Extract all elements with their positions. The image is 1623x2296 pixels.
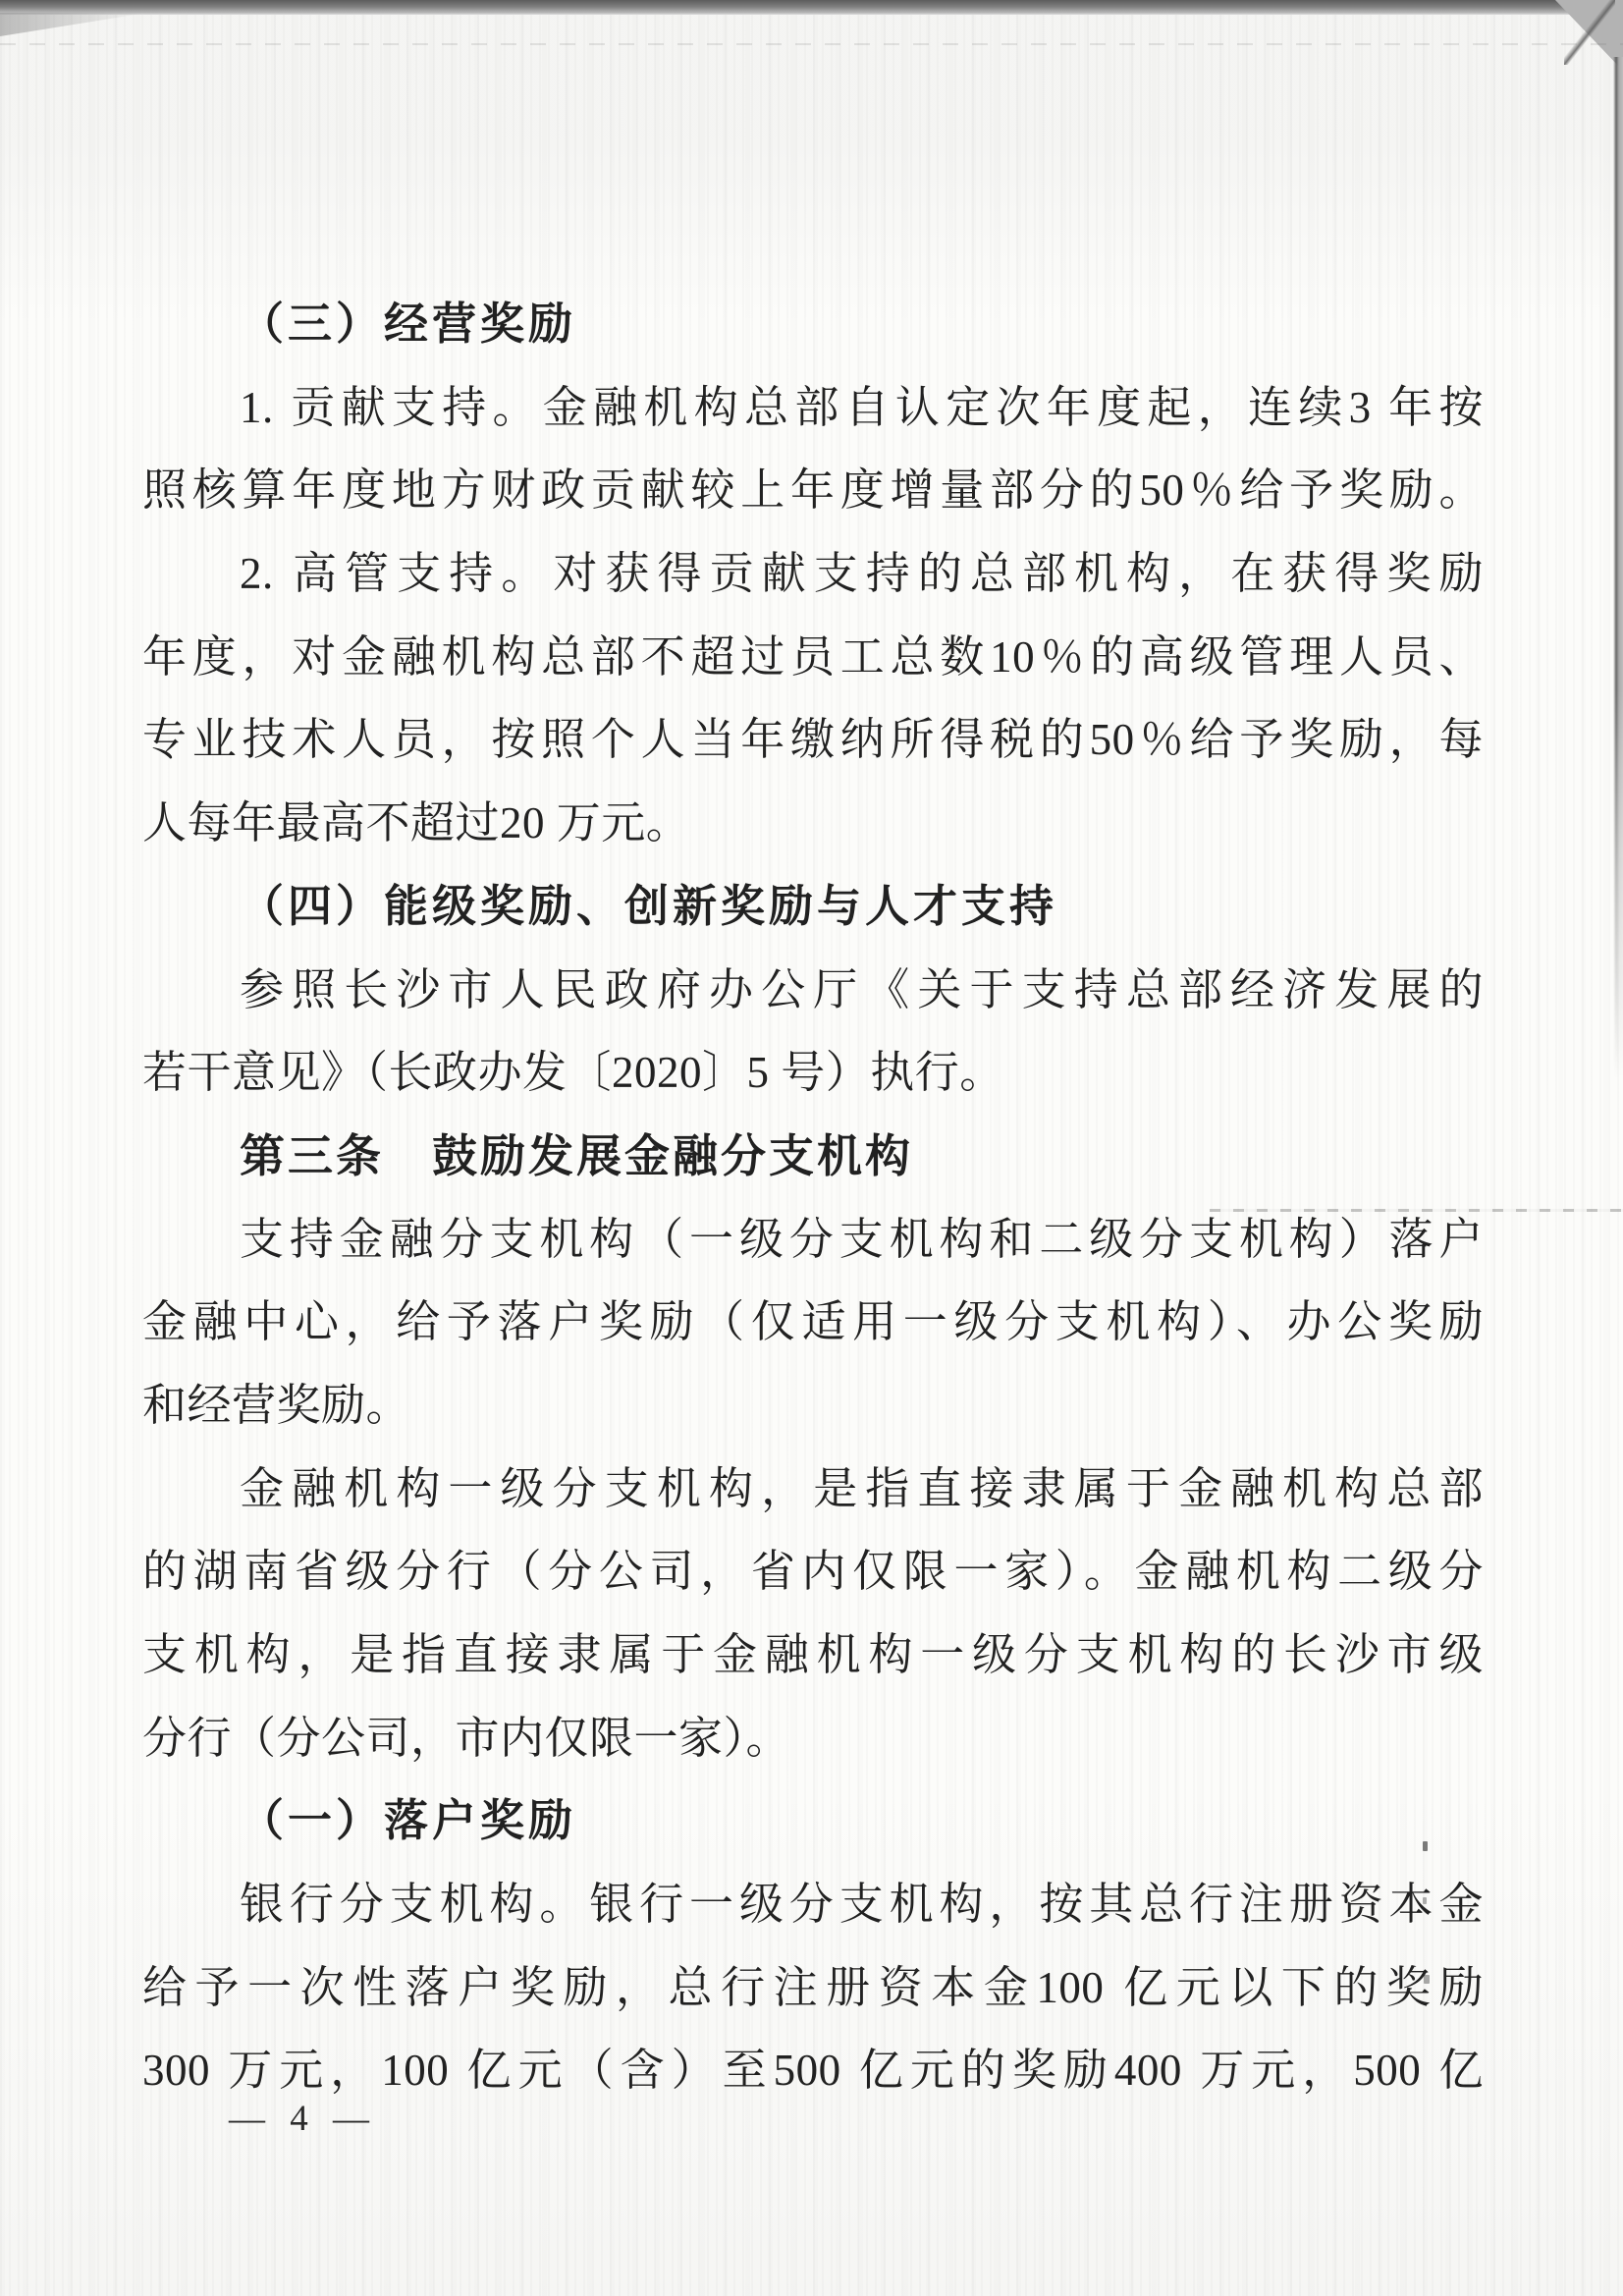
document-line: 给予一次性落户奖励，总行注册资本金100 亿元以下的奖励 xyxy=(142,1946,1484,2030)
document-line: 若干意见》（长政办发〔2020〕5 号）执行。 xyxy=(142,1031,1484,1115)
document-line: 年度，对金融机构总部不超过员工总数10％的高级管理人员、 xyxy=(142,616,1484,699)
article-3-heading: 第三条 鼓励发展金融分支机构 xyxy=(142,1115,1484,1198)
scanned-document-page: （三）经营奖励 1. 贡献支持。金融机构总部自认定次年度起，连续3 年按 照核算… xyxy=(0,0,1623,2296)
scan-artifact-line-top xyxy=(0,43,1623,45)
document-line: 金融中心，给予落户奖励（仅适用一级分支机构）、办公奖励 xyxy=(142,1281,1484,1364)
document-line: 支机构，是指直接隶属于金融机构一级分支机构的长沙市级 xyxy=(142,1613,1484,1697)
document-line: 人每年最高不超过20 万元。 xyxy=(142,782,1484,865)
document-line: 2. 高管支持。对获得贡献支持的总部机构，在获得奖励 xyxy=(142,532,1484,616)
scanner-top-edge-left-wedge xyxy=(0,13,147,36)
document-line: 的湖南省级分行（分公司，省内仅限一家）。金融机构二级分 xyxy=(142,1530,1484,1613)
document-body: （三）经营奖励 1. 贡献支持。金融机构总部自认定次年度起，连续3 年按 照核算… xyxy=(142,283,1484,2112)
document-line: 金融机构一级分支机构，是指直接隶属于金融机构总部 xyxy=(142,1448,1484,1531)
subheading-settlement-reward: （一）落户奖励 xyxy=(142,1779,1484,1863)
document-line: 1. 贡献支持。金融机构总部自认定次年度起，连续3 年按 xyxy=(142,366,1484,450)
paper-right-edge-shadow xyxy=(1613,57,1623,1078)
document-line: 支持金融分支机构（一级分支机构和二级分支机构）落户 xyxy=(142,1198,1484,1282)
document-line: 参照长沙市人民政府办公厅《关于支持总部经济发展的 xyxy=(142,949,1484,1032)
document-line: 分行（分公司，市内仅限一家）。 xyxy=(142,1697,1484,1780)
subheading-operating-reward: （三）经营奖励 xyxy=(142,283,1484,366)
scanner-top-edge xyxy=(0,0,1623,15)
document-line: 专业技术人员，按照个人当年缴纳所得税的50％给予奖励，每 xyxy=(142,698,1484,782)
document-line: 和经营奖励。 xyxy=(142,1364,1484,1448)
document-line: 银行分支机构。银行一级分支机构，按其总行注册资本金 xyxy=(142,1863,1484,1946)
subheading-level-reward: （四）能级奖励、创新奖励与人才支持 xyxy=(142,865,1484,949)
document-line: 照核算年度地方财政贡献较上年度增量部分的50％给予奖励。 xyxy=(142,449,1484,532)
page-number: — 4 — xyxy=(229,2098,377,2140)
paper-corner-fold-edge xyxy=(1564,0,1615,65)
